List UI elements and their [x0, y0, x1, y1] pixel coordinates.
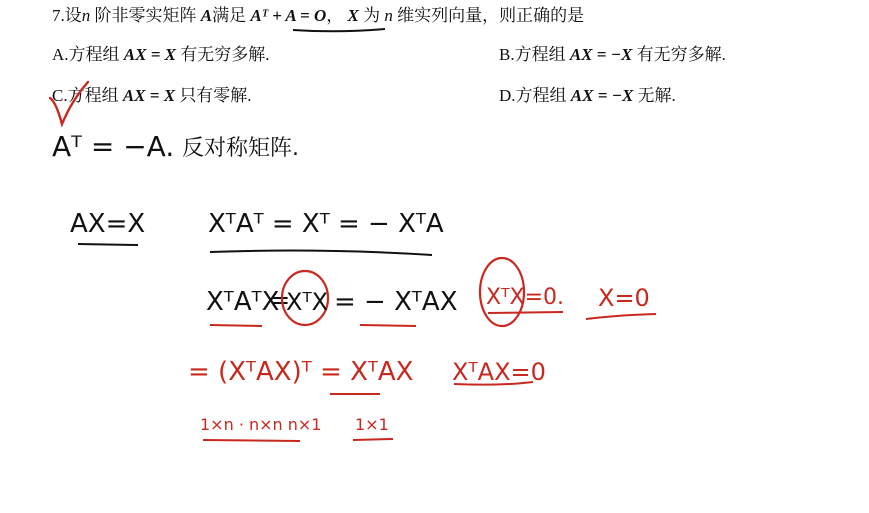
hw-transpose-scalar: = (XᵀAX)ᵀ = XᵀAX — [188, 357, 413, 387]
hw-scalar-dim: 1×1 — [355, 415, 389, 434]
hw-red-underline — [353, 439, 393, 440]
hw-skew-symmetric-note: 反对称矩阵. — [182, 136, 299, 161]
hw-red-underline — [203, 440, 300, 441]
checkmark-icon — [50, 82, 88, 124]
hw-xtx-zero: XᵀX=0. — [486, 285, 564, 310]
handwriting-layer: Aᵀ = −A. 反对称矩阵. AX=X XᵀAᵀ = Xᵀ = − XᵀA X… — [0, 0, 869, 513]
hw-red-underline — [360, 325, 416, 326]
hw-red-underline — [586, 314, 656, 319]
hw-dimensions: 1×n · n×n n×1 — [200, 415, 321, 434]
hw-underline — [78, 244, 138, 245]
hw-transpose-derivation: XᵀAᵀ = Xᵀ = − XᵀA — [208, 209, 444, 239]
condition-underline — [293, 29, 385, 31]
hw-red-underline — [210, 325, 262, 326]
hw-x-zero: X=0 — [598, 284, 650, 312]
hw-xtatx: XᵀAᵀX — [206, 287, 279, 317]
hw-red-underline — [488, 312, 563, 313]
hw-underline — [210, 251, 432, 255]
hw-transpose-equation: Aᵀ = −A. — [52, 130, 174, 163]
hw-xtx: XᵀX — [286, 288, 328, 316]
hw-neg-xtax: = − XᵀAX — [334, 287, 458, 317]
hw-equation-ax-x: AX=X — [70, 209, 145, 239]
